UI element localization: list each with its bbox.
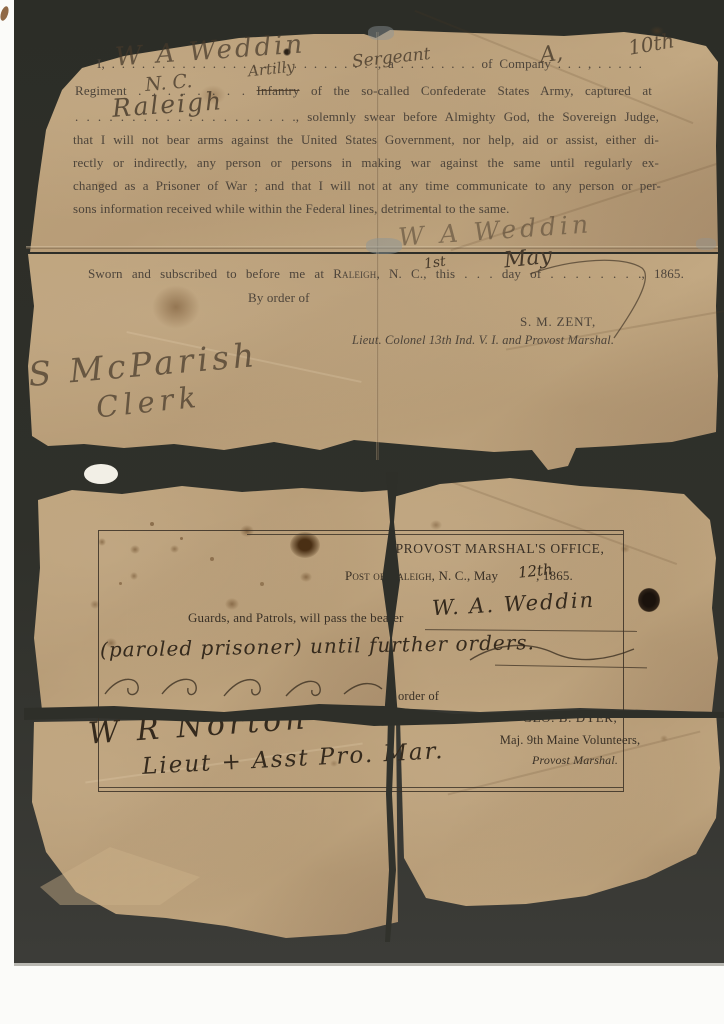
- pass-guards-line: Guards, and Patrols, will pass the beare…: [188, 610, 448, 626]
- ink-blot: [638, 588, 660, 612]
- post-month: May: [474, 568, 498, 583]
- pass-officer-title1: Maj. 9th Maine Volunteers,: [480, 732, 660, 748]
- pass-border-inner-top: [247, 534, 623, 535]
- paper-scrap-white: [84, 464, 118, 484]
- stain: [152, 285, 200, 329]
- pen-flourish: [468, 640, 638, 666]
- handwritten-date-day: 12th: [517, 562, 553, 581]
- stain: [150, 522, 154, 526]
- handwritten-day: 1st: [423, 255, 446, 272]
- handwritten-captured-at: Raleigh: [111, 88, 224, 121]
- oath-document: I, . . . . . . . . . . . . . . . . . . .…: [24, 26, 720, 462]
- oath-line-4: that I will not bear arms against the Un…: [73, 132, 659, 148]
- repair-patch: [696, 238, 716, 250]
- sworn-pre: Sworn and subscribed to before me at: [88, 266, 324, 281]
- oath-line-6: changed as a Prisoner of War ; and that …: [73, 178, 661, 194]
- handwritten-company: A,: [539, 43, 565, 68]
- pass-officer-title2: Provost Marshal.: [515, 752, 635, 768]
- pass-order-of: order of: [398, 688, 478, 704]
- stain: [660, 735, 668, 742]
- oath-line-2-post: of the so-called Confederate States Army…: [311, 83, 652, 98]
- pass-office-heading: PROVOST MARSHAL'S OFFICE,: [385, 541, 615, 557]
- scanned-photo: I, . . . . . . . . . . . . . . . . . . .…: [0, 0, 724, 1024]
- oath-line-2-struck-word: Infantry: [257, 83, 300, 98]
- pen-mark: [0, 5, 10, 21]
- pen-flourish: [524, 254, 664, 344]
- post-place: Post of Raleigh, N. C.,: [345, 568, 470, 583]
- oath-by-order: By order of: [248, 290, 368, 306]
- oath-line-5: rectly or indirectly, any person or pers…: [73, 155, 659, 171]
- repair-patch: [366, 238, 402, 254]
- pass-document: PROVOST MARSHAL'S OFFICE, Post of Raleig…: [24, 462, 724, 942]
- repair-patch: [368, 26, 394, 40]
- pass-border-inner-bottom: [99, 787, 623, 788]
- sworn-place: Raleigh,: [333, 266, 380, 281]
- stain: [430, 520, 442, 530]
- pen-squiggles: [100, 672, 390, 702]
